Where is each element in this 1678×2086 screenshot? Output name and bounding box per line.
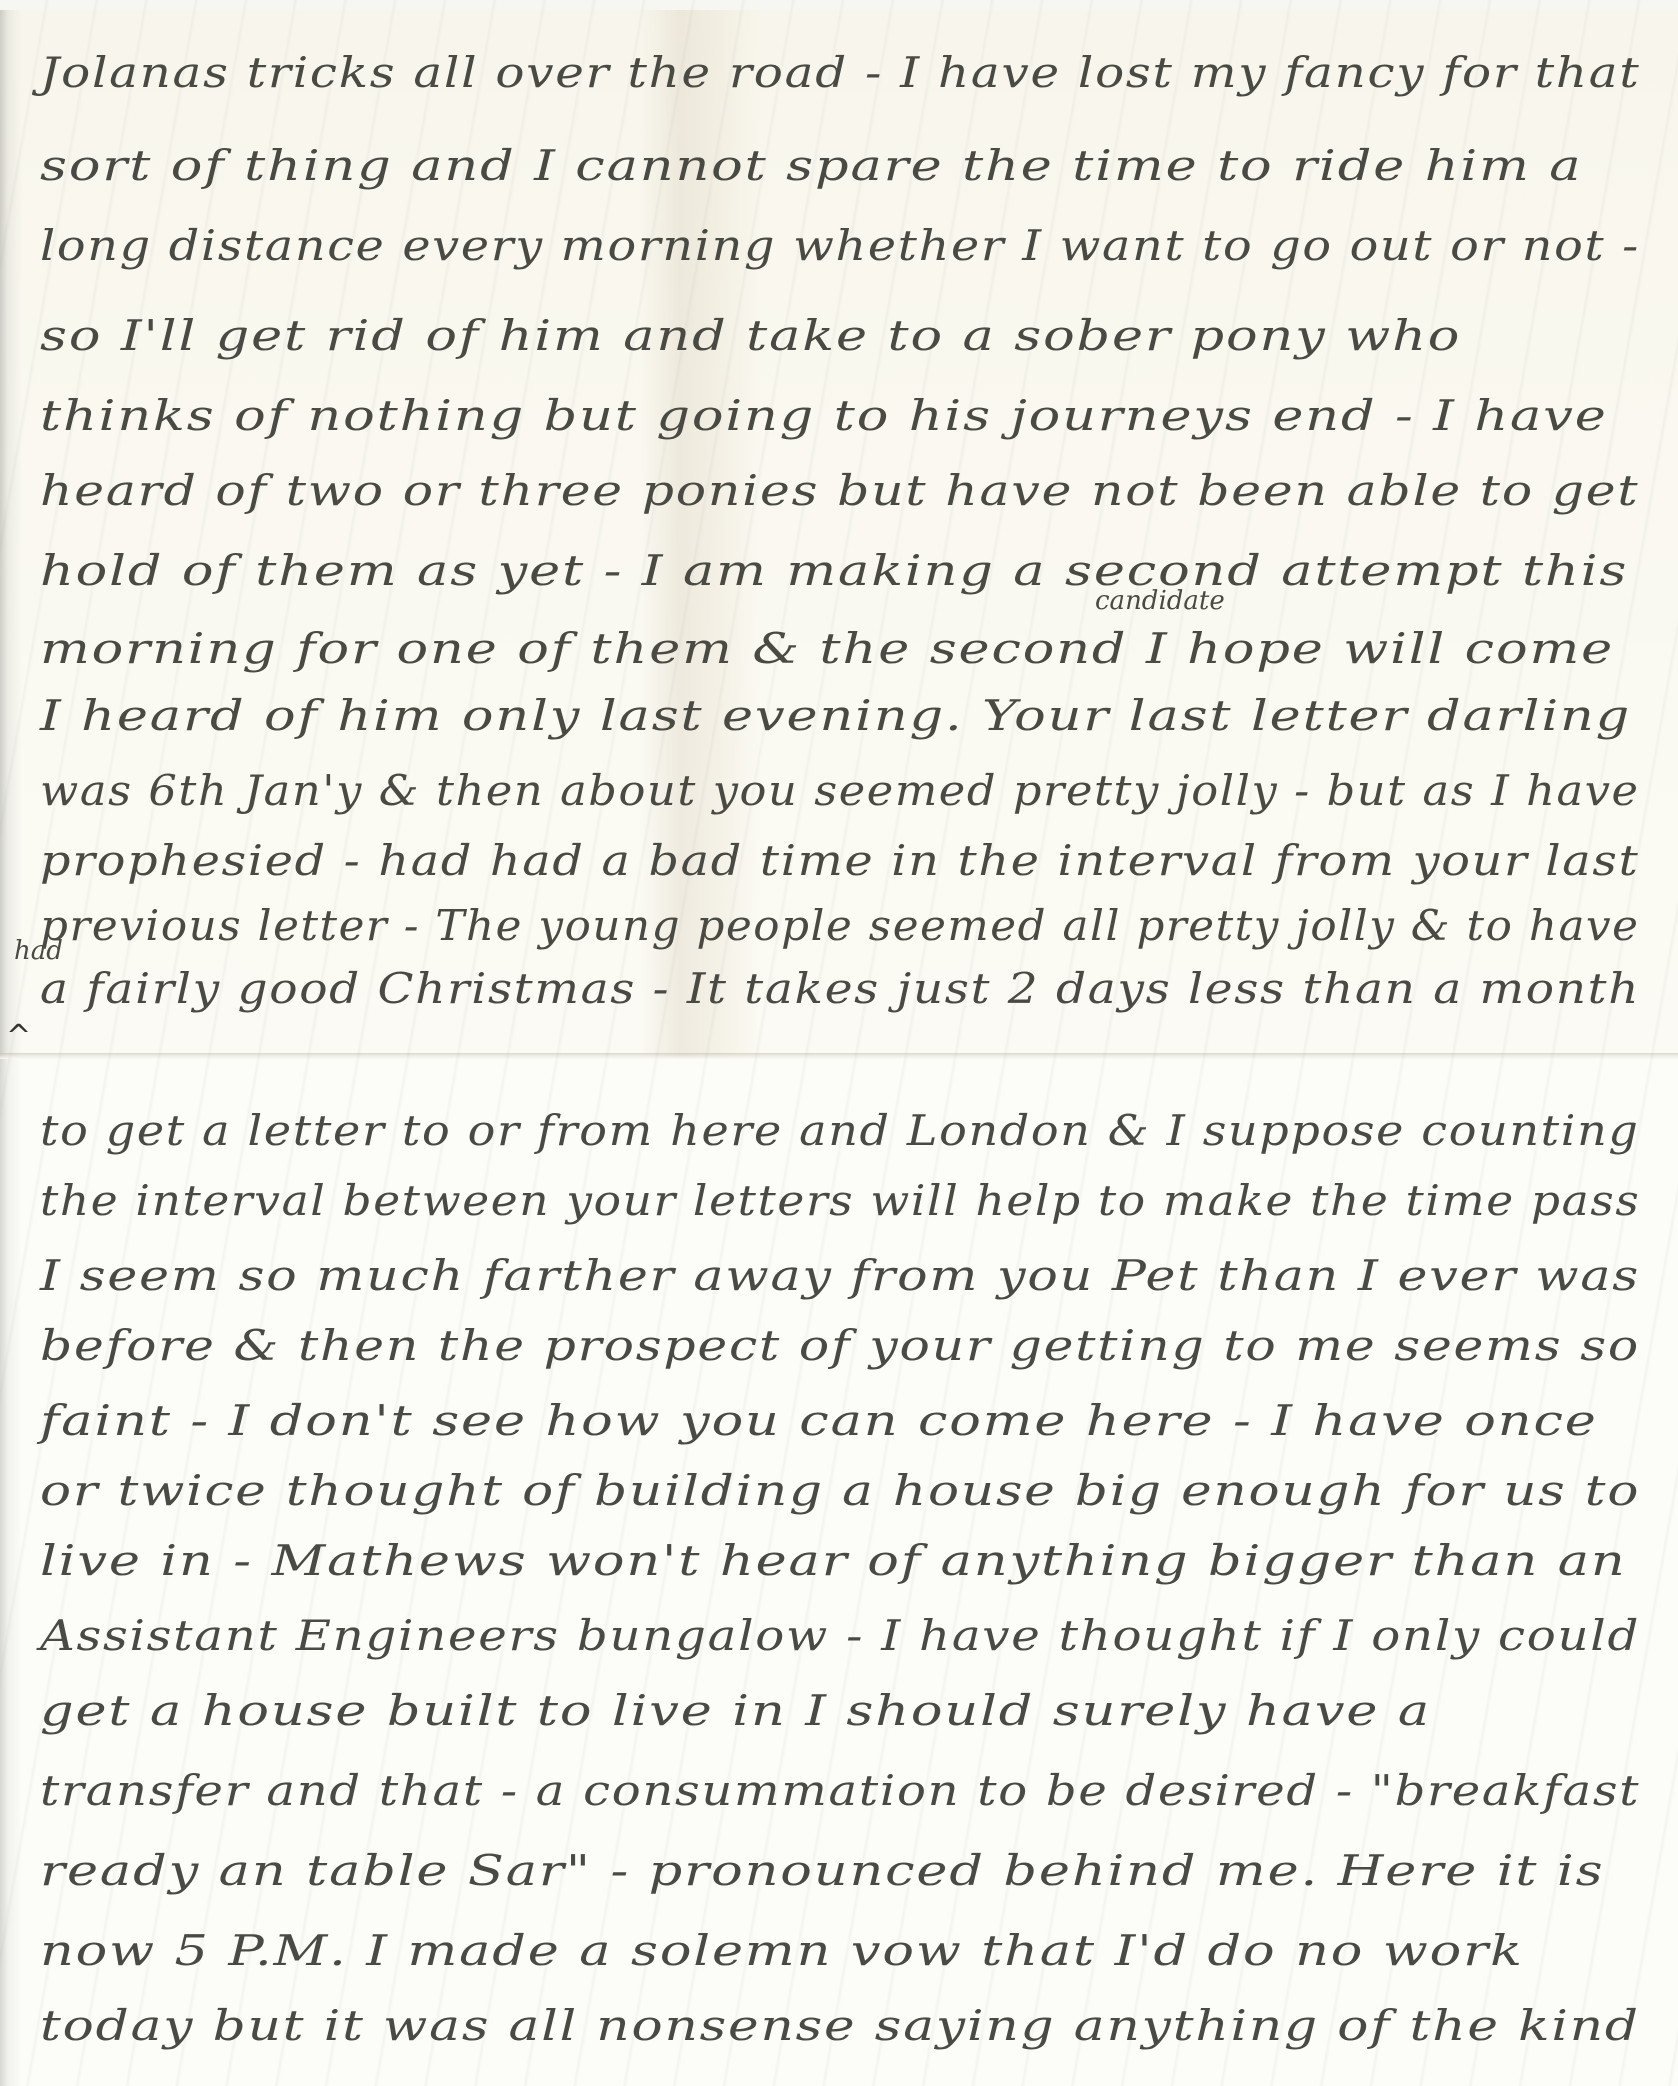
- handwritten-line: thinks of nothing but going to his journ…: [40, 395, 1608, 437]
- handwritten-line: today but it was all nonsense saying any…: [40, 2005, 1640, 2047]
- handwritten-line: heard of two or three ponies but have no…: [40, 470, 1639, 512]
- handwritten-line: get a house built to live in I should su…: [40, 1690, 1431, 1732]
- handwritten-line: live in - Mathews won't hear of anything…: [40, 1540, 1627, 1582]
- handwritten-line: Assistant Engineers bungalow - I have th…: [40, 1615, 1640, 1657]
- insertion-had: had: [14, 938, 63, 964]
- handwritten-line: I heard of him only last evening. Your l…: [40, 695, 1631, 737]
- handwritten-line: so I'll get rid of him and take to a sob…: [40, 315, 1461, 357]
- handwritten-line: morning for one of them & the second I h…: [40, 628, 1614, 670]
- handwritten-line: sort of thing and I cannot spare the tim…: [40, 145, 1582, 187]
- handwritten-line: the interval between your letters will h…: [40, 1180, 1640, 1222]
- handwritten-line: ready an table Sar" - pronounced behind …: [40, 1850, 1604, 1892]
- handwritten-line: was 6th Jan'y & then about you seemed pr…: [40, 770, 1640, 812]
- handwritten-line: faint - I don't see how you can come her…: [40, 1400, 1598, 1442]
- handwritten-line: transfer and that - a consummation to be…: [40, 1770, 1640, 1812]
- handwritten-line: a fairly good Christmas - It takes just …: [40, 968, 1640, 1010]
- handwritten-line: to get a letter to or from here and Lond…: [40, 1110, 1640, 1152]
- handwritten-line: hold of them as yet - I am making a seco…: [40, 550, 1628, 592]
- handwritten-line: previous letter - The young people seeme…: [40, 905, 1640, 947]
- handwritten-line: now 5 P.M. I made a solemn vow that I'd …: [40, 1930, 1524, 1972]
- handwritten-line: before & then the prospect of your getti…: [40, 1325, 1640, 1367]
- handwritten-line: Jolanas tricks all over the road - I hav…: [40, 52, 1641, 94]
- handwritten-line: I seem so much farther away from you Pet…: [40, 1255, 1640, 1297]
- handwritten-line: long distance every morning whether I wa…: [40, 225, 1640, 267]
- scan-top-margin: [0, 0, 1678, 10]
- insertion-candidate: candidate: [1095, 588, 1225, 614]
- handwritten-line: or twice thought of building a house big…: [40, 1470, 1640, 1512]
- handwritten-line: prophesied - had had a bad time in the i…: [40, 840, 1639, 882]
- insertion-caret-mark: ^: [6, 1022, 31, 1052]
